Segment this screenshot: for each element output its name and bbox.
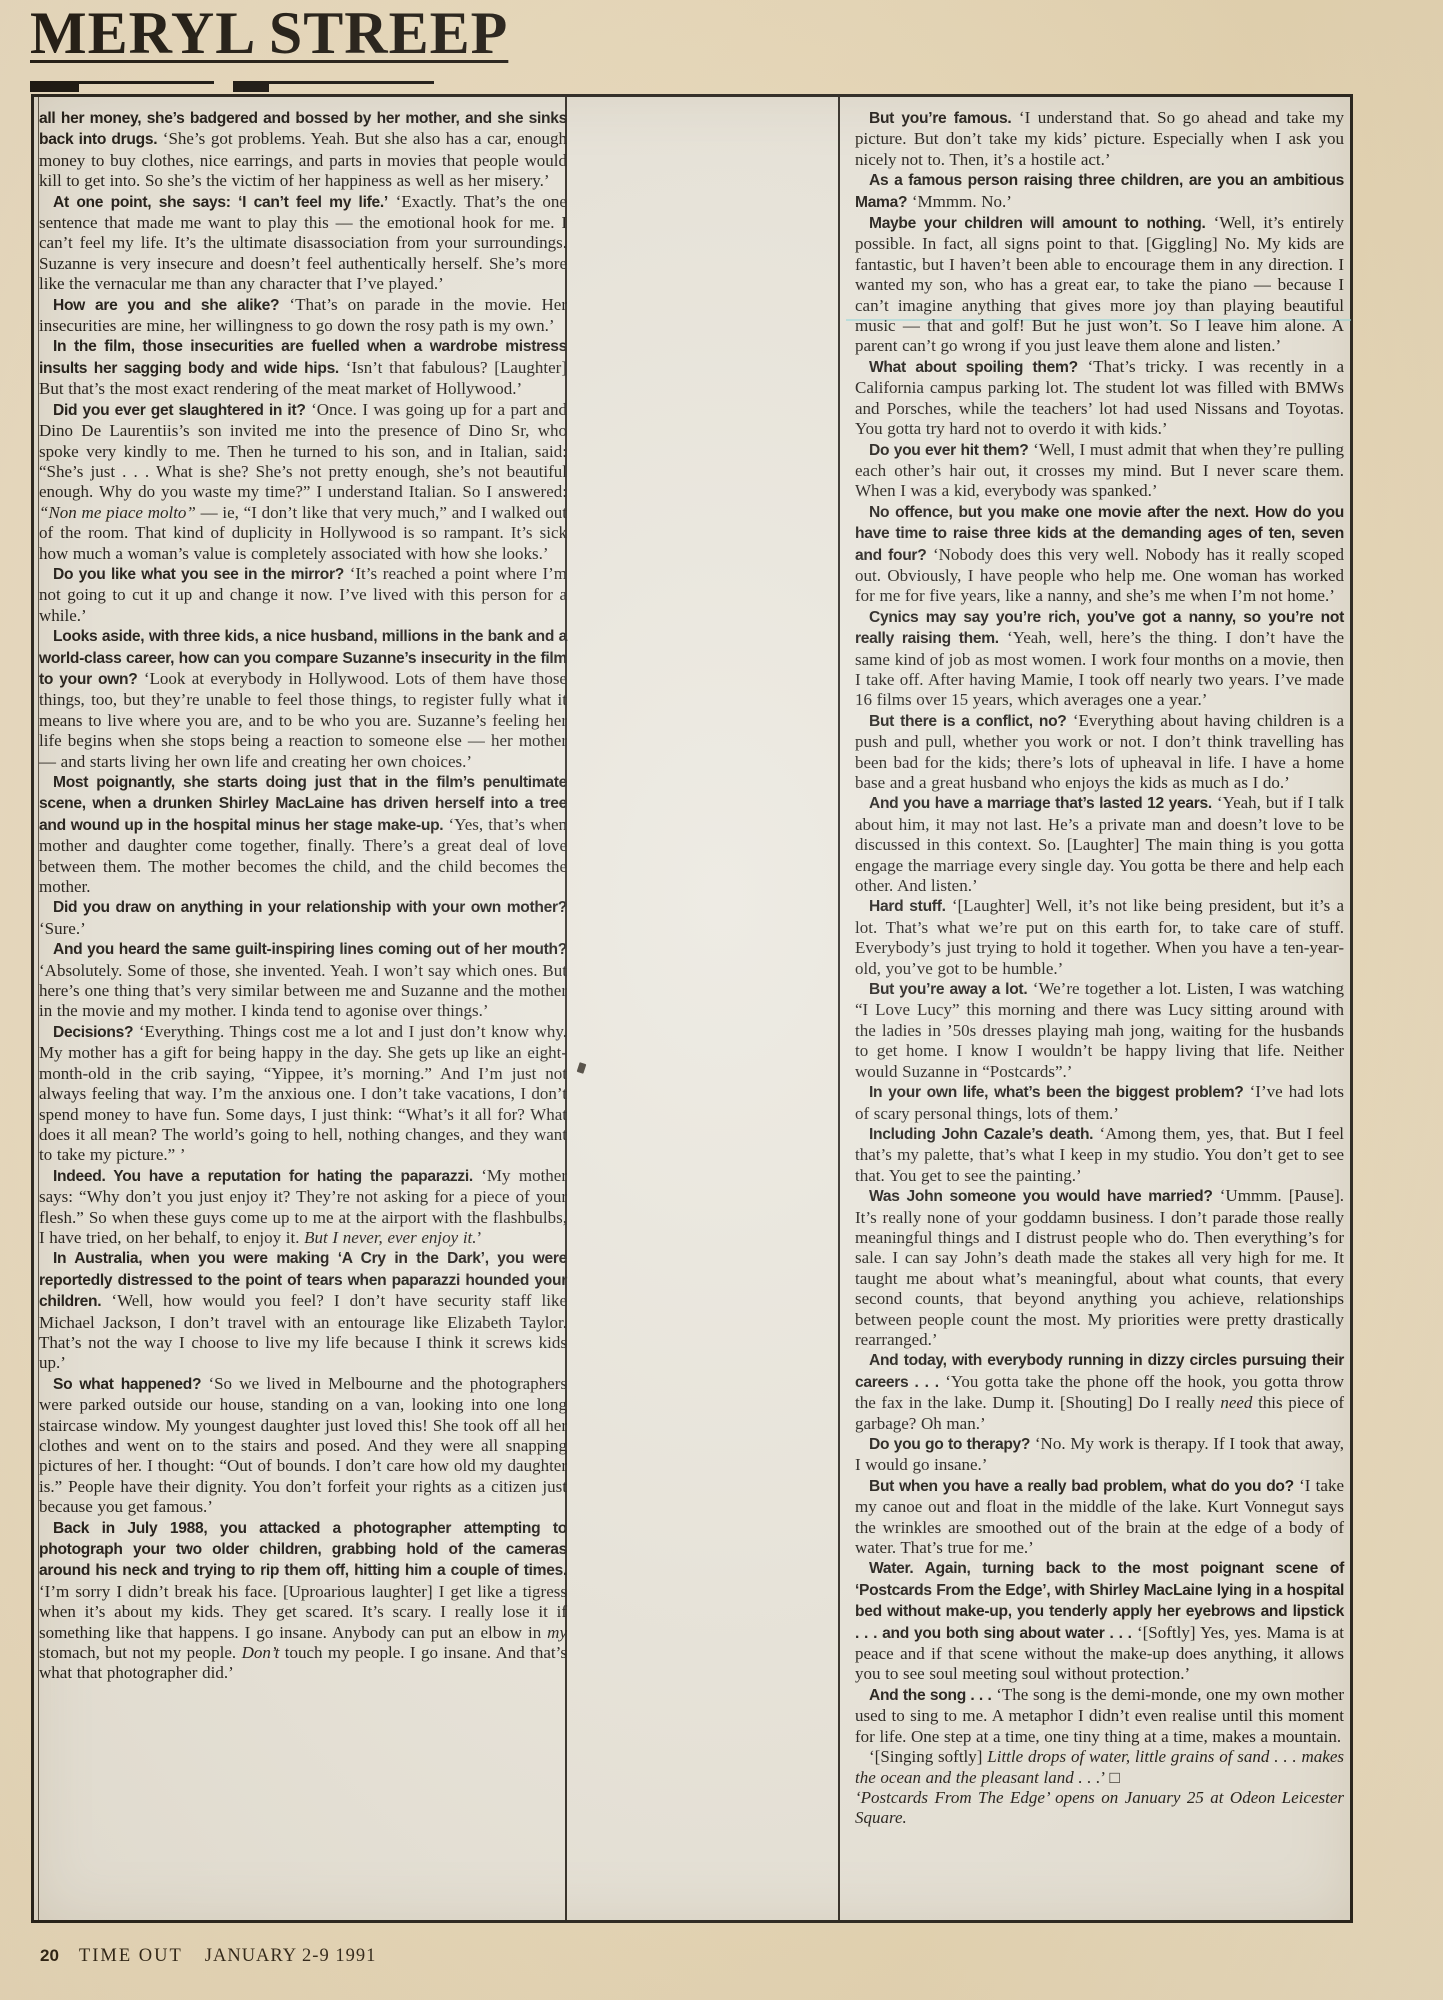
- qa-paragraph: Maybe your children will amount to nothi…: [855, 213, 1344, 357]
- answer-text: ‘Absolutely. Some of those, she invented…: [39, 961, 567, 1021]
- page-number: 20: [40, 1946, 59, 1965]
- question-text: Including John Cazale’s death.: [869, 1126, 1093, 1143]
- issue-date: JANUARY 2-9 1991: [205, 1946, 377, 1966]
- underline-block-icon: [30, 81, 79, 92]
- qa-paragraph: Hard stuff. ‘[Laughter] Well, it’s not l…: [855, 896, 1344, 979]
- paragraph: ‘[Singing softly] Little drops of water,…: [855, 1747, 1344, 1788]
- question-text: At one point, she says: ‘I can’t feel my…: [53, 194, 388, 211]
- qa-paragraph: Do you like what you see in the mirror? …: [39, 564, 567, 626]
- qa-paragraph: And the song . . . ‘The song is the demi…: [855, 1685, 1344, 1747]
- question-text: Maybe your children will amount to nothi…: [869, 215, 1206, 232]
- answer-text: ‘Once. I was going up for a part and Din…: [39, 400, 567, 563]
- qa-paragraph: Water. Again, turning back to the most p…: [855, 1558, 1344, 1684]
- qa-paragraph: Looks aside, with three kids, a nice hus…: [39, 626, 567, 772]
- underline-rule: [79, 81, 214, 84]
- answer-text: ‘Nobody does this very well. Nobody has …: [855, 545, 1344, 606]
- answer-text: ‘Sure.’: [39, 919, 86, 938]
- title-underline-right: [233, 81, 434, 93]
- qa-paragraph: At one point, she says: ‘I can’t feel my…: [39, 192, 567, 295]
- answer-text: ‘Mmmm. No.’: [912, 192, 1012, 211]
- answer-text: ‘[Singing softly] Little drops of water,…: [855, 1747, 1344, 1786]
- qa-paragraph: But there is a conflict, no? ‘Everything…: [855, 711, 1344, 794]
- article-column-right: But you’re famous. ‘I understand that. S…: [855, 108, 1344, 1829]
- qa-paragraph: Did you ever get slaughtered in it? ‘Onc…: [39, 400, 567, 564]
- question-text: Do you like what you see in the mirror?: [53, 566, 344, 583]
- question-text: And the song . . .: [869, 1687, 991, 1704]
- title-underline-left: [30, 81, 214, 93]
- qa-paragraph: And you heard the same guilt-inspiring l…: [39, 939, 567, 1022]
- question-text: Do you go to therapy?: [869, 1436, 1030, 1453]
- qa-paragraph: And you have a marriage that’s lasted 12…: [855, 793, 1344, 896]
- article-column-left: all her money, she’s badgered and bossed…: [39, 108, 567, 1684]
- question-text: But you’re famous.: [869, 110, 1011, 127]
- answer-text: ‘Well, how would you feel? I don’t have …: [39, 1291, 567, 1372]
- qa-paragraph: And today, with everybody running in diz…: [855, 1350, 1344, 1434]
- masthead: MERYL STREEP: [30, 0, 480, 67]
- question-text: But there is a conflict, no?: [869, 713, 1067, 730]
- answer-text: ‘So we lived in Melbourne and the photog…: [39, 1374, 567, 1516]
- qa-paragraph: Indeed. You have a reputation for hating…: [39, 1166, 567, 1249]
- article-frame: all her money, she’s badgered and bossed…: [31, 94, 1353, 1923]
- magazine-name: TIME OUT: [79, 1946, 183, 1966]
- qa-paragraph: But when you have a really bad problem, …: [855, 1476, 1344, 1559]
- answer-text: ‘Postcards From The Edge’ opens on Janua…: [855, 1788, 1344, 1827]
- qa-paragraph: Most poignantly, she starts doing just t…: [39, 772, 567, 897]
- question-text: Decisions?: [53, 1024, 133, 1041]
- question-text: Indeed. You have a reputation for hating…: [53, 1168, 473, 1185]
- qa-paragraph: Including John Cazale’s death. ‘Among th…: [855, 1124, 1344, 1186]
- question-text: Do you ever hit them?: [869, 442, 1028, 459]
- qa-paragraph: So what happened? ‘So we lived in Melbou…: [39, 1374, 567, 1518]
- qa-paragraph: But you’re famous. ‘I understand that. S…: [855, 108, 1344, 170]
- underline-rule: [269, 81, 434, 84]
- print-artifact: [577, 1062, 587, 1074]
- question-text: Back in July 1988, you attacked a photog…: [39, 1520, 567, 1580]
- question-text: And you have a marriage that’s lasted 12…: [869, 795, 1212, 812]
- qa-paragraph: In the film, those insecurities are fuel…: [39, 336, 567, 399]
- qa-paragraph: Back in July 1988, you attacked a photog…: [39, 1518, 567, 1684]
- qa-paragraph: In Australia, when you were making ‘A Cr…: [39, 1248, 567, 1373]
- qa-paragraph: No offence, but you make one movie after…: [855, 502, 1344, 607]
- answer-text: ‘Everything. Things cost me a lot and I …: [39, 1022, 567, 1164]
- answer-text: ‘Well, it’s entirely possible. In fact, …: [855, 213, 1344, 355]
- page-title: MERYL STREEP: [30, 0, 480, 67]
- paragraph: ‘Postcards From The Edge’ opens on Janua…: [855, 1788, 1344, 1829]
- question-text: Did you ever get slaughtered in it?: [53, 402, 306, 419]
- question-text: But when you have a really bad problem, …: [869, 1478, 1294, 1495]
- qa-paragraph: Did you draw on anything in your relatio…: [39, 897, 567, 939]
- qa-paragraph: all her money, she’s badgered and bossed…: [39, 108, 567, 192]
- question-text: How are you and she alike?: [53, 297, 279, 314]
- answer-text: ‘Ummm. [Pause]. It’s really none of your…: [855, 1186, 1344, 1349]
- question-text: Did you draw on anything in your relatio…: [53, 899, 567, 916]
- qa-paragraph: What about spoiling them? ‘That’s tricky…: [855, 357, 1344, 440]
- qa-paragraph: In your own life, what’s been the bigges…: [855, 1082, 1344, 1124]
- qa-paragraph: Do you ever hit them? ‘Well, I must admi…: [855, 440, 1344, 502]
- qa-paragraph: But you’re away a lot. ‘We’re together a…: [855, 979, 1344, 1082]
- question-text: And you heard the same guilt-inspiring l…: [53, 941, 567, 958]
- question-text: Was John someone you would have married?: [869, 1188, 1213, 1205]
- qa-paragraph: How are you and she alike? ‘That’s on pa…: [39, 295, 567, 337]
- qa-paragraph: Decisions? ‘Everything. Things cost me a…: [39, 1022, 567, 1166]
- column-rule-right: [838, 97, 840, 1920]
- question-text: What about spoiling them?: [869, 359, 1078, 376]
- qa-paragraph: Cynics may say you’re rich, you’ve got a…: [855, 607, 1344, 711]
- question-text: But you’re away a lot.: [869, 981, 1027, 998]
- answer-text: ‘I’m sorry I didn’t break his face. [Upr…: [39, 1582, 567, 1683]
- question-text: In your own life, what’s been the bigges…: [869, 1084, 1244, 1101]
- qa-paragraph: Do you go to therapy? ‘No. My work is th…: [855, 1434, 1344, 1476]
- qa-paragraph: As a famous person raising three childre…: [855, 170, 1344, 213]
- page-footer: 20 TIME OUT JANUARY 2-9 1991: [40, 1946, 376, 1967]
- question-text: Hard stuff.: [869, 898, 946, 915]
- underline-block-icon: [233, 81, 269, 92]
- qa-paragraph: Was John someone you would have married?…: [855, 1186, 1344, 1350]
- question-text: So what happened?: [53, 1376, 201, 1393]
